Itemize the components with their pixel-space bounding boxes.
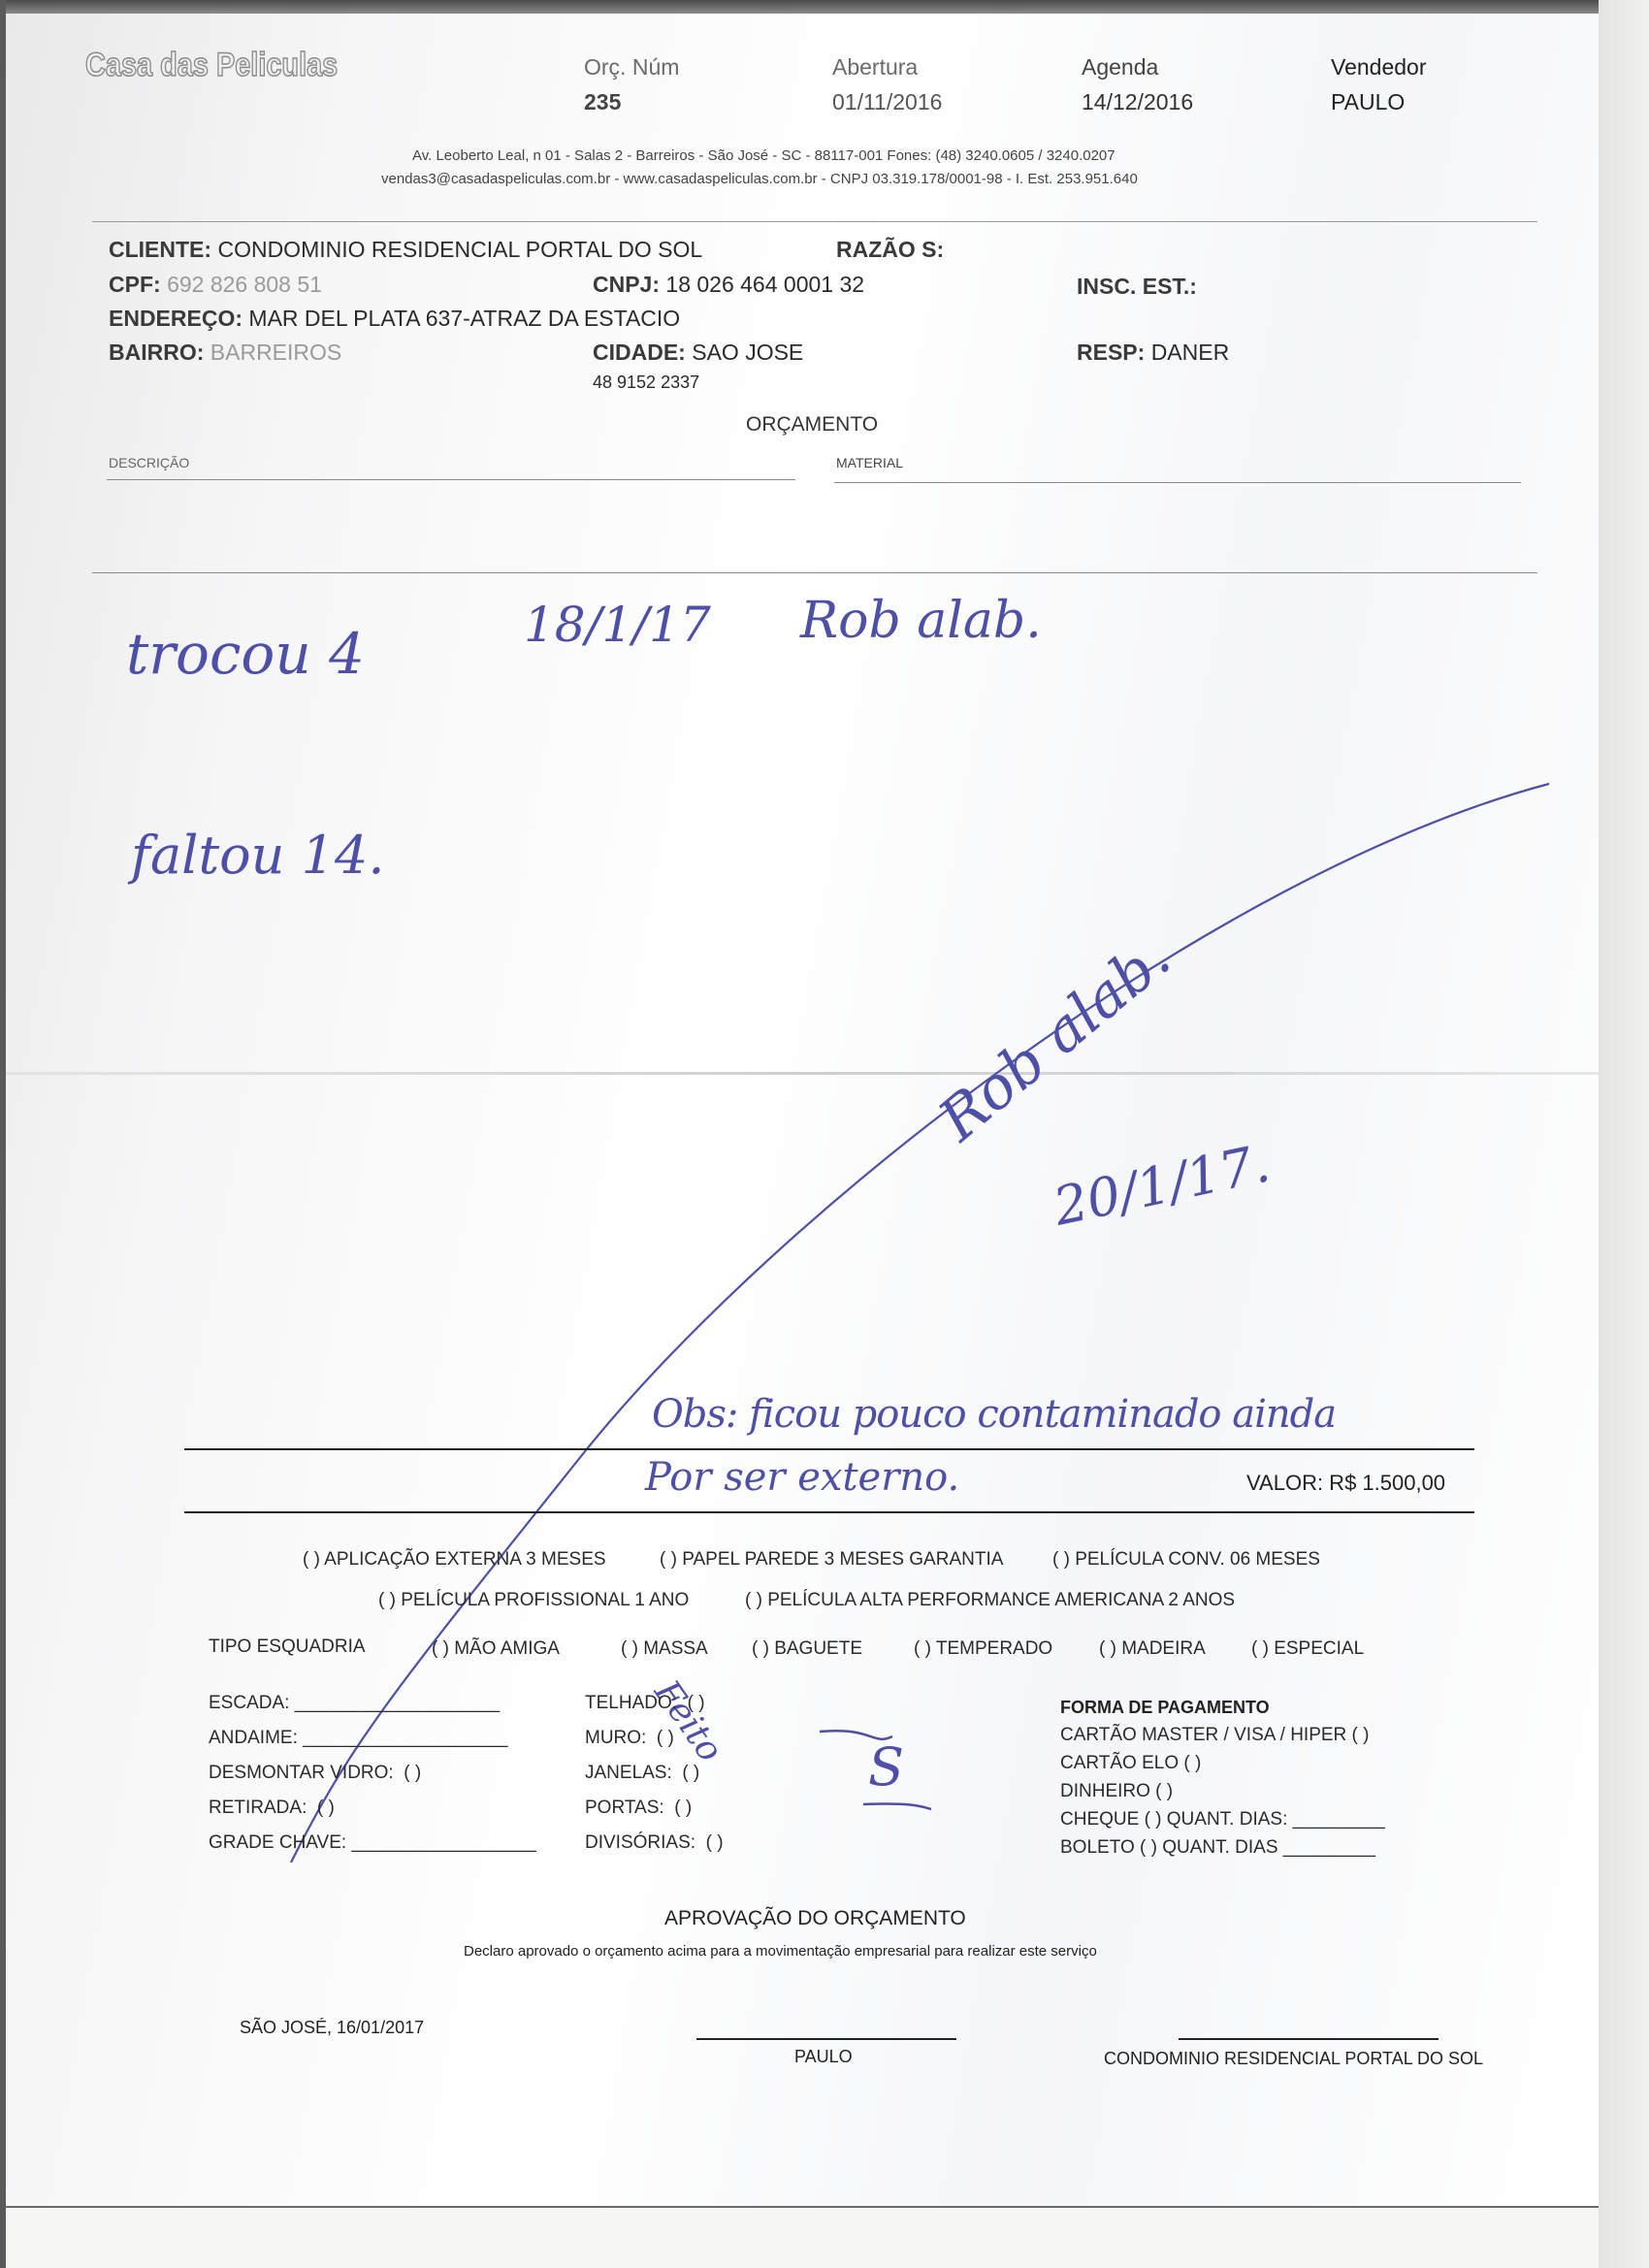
payment-cartao-elo[interactable]: CARTÃO ELO ( ) (1060, 1753, 1201, 1774)
extra-muro[interactable]: MURO: ( ) (585, 1728, 674, 1749)
extra-desmontar-vidro[interactable]: DESMONTAR VIDRO: ( ) (209, 1763, 421, 1784)
payment-cartao-master[interactable]: CARTÃO MASTER / VISA / HIPER ( ) (1060, 1725, 1369, 1746)
extra-escada[interactable]: ESCADA: ____________________ (209, 1693, 500, 1714)
extra-portas[interactable]: PORTAS: ( ) (585, 1798, 692, 1819)
option-pelicula-conv[interactable]: ( ) PELÍCULA CONV. 06 MESES (1052, 1549, 1320, 1571)
extra-retirada[interactable]: RETIRADA: ( ) (209, 1798, 335, 1819)
signature-line-2 (1179, 2038, 1439, 2040)
esquadria-label: TIPO ESQUADRIA (209, 1636, 366, 1658)
esquadria-baguete[interactable]: ( ) BAGUETE (752, 1638, 862, 1660)
esquadria-madeira[interactable]: ( ) MADEIRA (1099, 1638, 1206, 1660)
extra-janelas[interactable]: JANELAS: ( ) (585, 1763, 699, 1784)
payment-title: FORMA DE PAGAMENTO (1060, 1698, 1270, 1718)
option-aplicacao-externa[interactable]: ( ) APLICAÇÃO EXTERNA 3 MESES (303, 1549, 606, 1571)
handwritten-mark-s: S (868, 1736, 904, 1798)
esquadria-temperado[interactable]: ( ) TEMPERADO (914, 1638, 1052, 1660)
extra-telhado[interactable]: TELHADO: ( ) (585, 1693, 705, 1714)
approval-title: APROVAÇÃO DO ORÇAMENTO (664, 1907, 966, 1930)
esquadria-massa[interactable]: ( ) MASSA (621, 1638, 708, 1660)
extra-divisorias[interactable]: DIVISÓRIAS: ( ) (585, 1832, 724, 1854)
obs-line-1 (184, 1448, 1474, 1450)
approval-place-date: SÃO JOSÉ, 16/01/2017 (240, 2018, 424, 2038)
signer-1-name: PAULO (794, 2047, 853, 2067)
esquadria-especial[interactable]: ( ) ESPECIAL (1251, 1638, 1364, 1660)
esquadria-mao-amiga[interactable]: ( ) MÃO AMIGA (432, 1638, 560, 1660)
signer-2-name: CONDOMINIO RESIDENCIAL PORTAL DO SOL (1104, 2049, 1483, 2069)
handwritten-obs-line-1: Obs: ficou pouco contaminado ainda (652, 1392, 1336, 1437)
option-pelicula-alta-performance[interactable]: ( ) PELÍCULA ALTA PERFORMANCE AMERICANA … (745, 1590, 1235, 1611)
payment-boleto[interactable]: BOLETO ( ) QUANT. DIAS _________ (1060, 1837, 1375, 1859)
extra-andaime[interactable]: ANDAIME: ____________________ (209, 1728, 507, 1749)
approval-statement: Declaro aprovado o orçamento acima para … (464, 1943, 1097, 1960)
budget-total-value: VALOR: R$ 1.500,00 (1246, 1471, 1445, 1496)
handwritten-obs-line-2: Por ser externo. (645, 1455, 959, 1500)
payment-cheque[interactable]: CHEQUE ( ) QUANT. DIAS: _________ (1060, 1809, 1385, 1831)
signature-line-1 (696, 2038, 956, 2040)
extra-grade-chave[interactable]: GRADE CHAVE: __________________ (209, 1832, 536, 1854)
payment-dinheiro[interactable]: DINHEIRO ( ) (1060, 1781, 1173, 1802)
obs-line-2 (184, 1511, 1474, 1513)
option-papel-parede[interactable]: ( ) PAPEL PAREDE 3 MESES GARANTIA (660, 1549, 1003, 1571)
option-pelicula-profissional[interactable]: ( ) PELÍCULA PROFISSIONAL 1 ANO (378, 1590, 689, 1611)
